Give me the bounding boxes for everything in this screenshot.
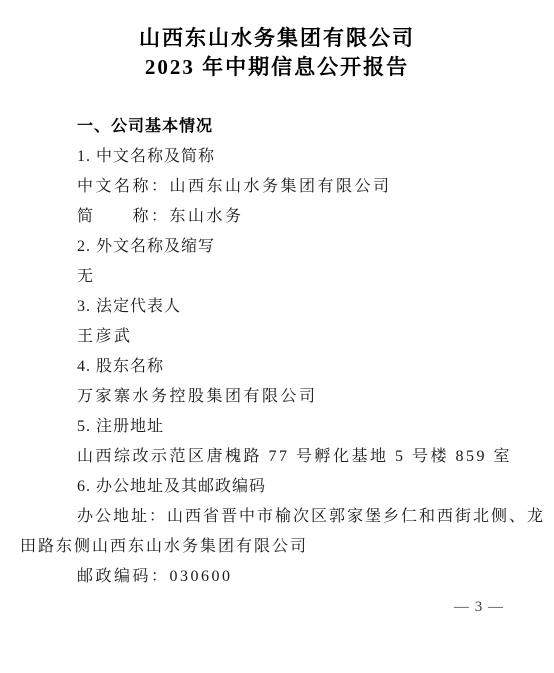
value-foreign-name: 无 <box>20 262 534 292</box>
section-heading-company-basic-info: 一、公司基本情况 <box>20 112 534 142</box>
item-label-chinese-name: 1. 中文名称及简称 <box>20 142 534 172</box>
value-legal-representative: 王彦武 <box>20 322 534 352</box>
document-page: 山西东山水务集团有限公司 2023 年中期信息公开报告 一、公司基本情况 1. … <box>0 0 554 673</box>
item-label-office-address-postcode: 6. 办公地址及其邮政编码 <box>20 472 534 502</box>
document-body: 一、公司基本情况 1. 中文名称及简称 中文名称：山西东山水务集团有限公司 简 … <box>0 112 554 592</box>
report-title-line1: 山西东山水务集团有限公司 <box>0 24 554 53</box>
value-short-name: 简 称：东山水务 <box>20 202 534 232</box>
value-postal-code: 邮政编码：030600 <box>20 562 534 592</box>
value-registered-address: 山西综改示范区唐槐路 77 号孵化基地 5 号楼 859 室 <box>20 442 534 472</box>
item-label-registered-address: 5. 注册地址 <box>20 412 534 442</box>
page-number: — 3 — <box>0 592 554 622</box>
report-title: 山西东山水务集团有限公司 2023 年中期信息公开报告 <box>0 0 554 82</box>
item-label-shareholder-name: 4. 股东名称 <box>20 352 534 382</box>
item-label-foreign-name: 2. 外文名称及缩写 <box>20 232 534 262</box>
value-chinese-name: 中文名称：山西东山水务集团有限公司 <box>20 172 534 202</box>
value-shareholder-name: 万家寨水务控股集团有限公司 <box>20 382 534 412</box>
report-title-line2: 2023 年中期信息公开报告 <box>0 53 554 82</box>
value-office-address-line2: 田路东侧山西东山水务集团有限公司 <box>20 532 534 562</box>
item-label-legal-representative: 3. 法定代表人 <box>20 292 534 322</box>
value-office-address-line1: 办公地址：山西省晋中市榆次区郭家堡乡仁和西街北侧、龙 <box>20 502 534 532</box>
